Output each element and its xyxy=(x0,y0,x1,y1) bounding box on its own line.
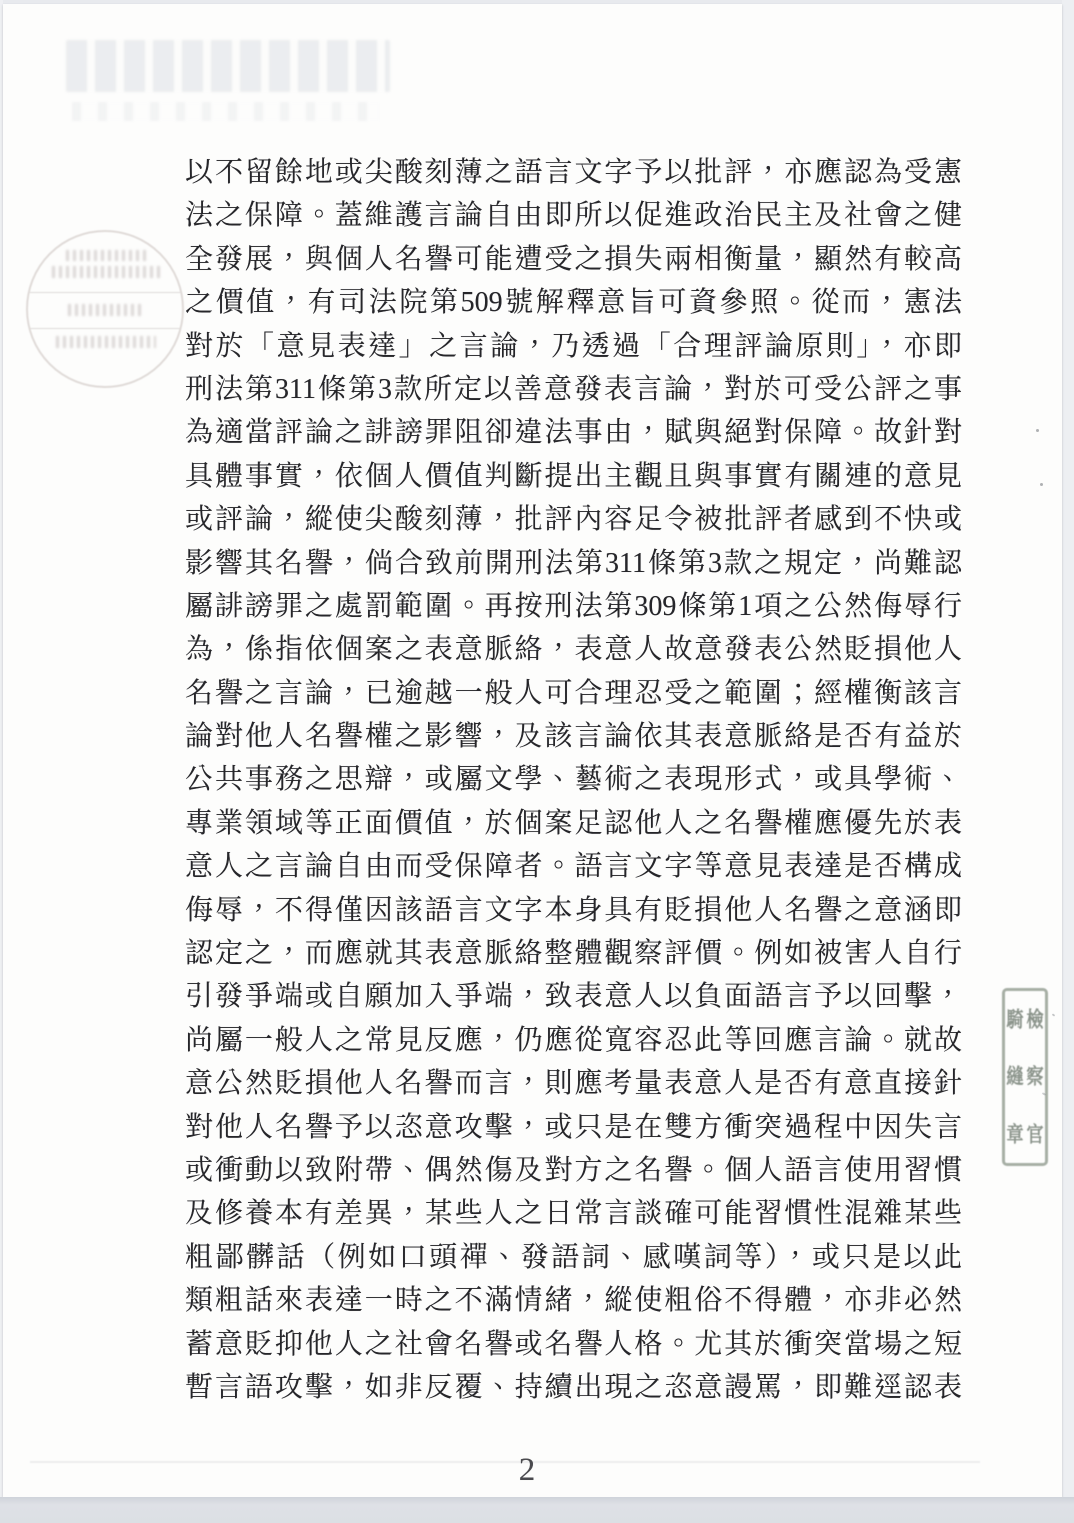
text-line: 為，係指依個案之表意脈絡，表意人故意發表公然貶損他人 xyxy=(185,628,962,671)
seal-character: 檢 xyxy=(1027,1009,1044,1030)
text-line: 對於「意見表達」之言論，乃透過「合理評論原則」，亦即 xyxy=(185,325,962,368)
seal-character: 察 xyxy=(1027,1066,1044,1087)
page-number: 2 xyxy=(462,1452,592,1489)
text-line: 意公然貶損他人名譽而言，則應考量表意人是否有意直接針 xyxy=(185,1062,962,1105)
text-line: 及修養本有差異，某些人之日常言談確可能習慣性混雜某些 xyxy=(185,1192,962,1235)
text-line: 引發爭端或自願加入爭端，致表意人以負面語言予以回擊， xyxy=(185,975,962,1018)
stamp-illegible-text-row xyxy=(66,250,146,261)
scan-edge-right xyxy=(1062,0,1074,1523)
text-line: 或衝動以致附帶、偶然傷及對方之名譽。個人語言使用習慣 xyxy=(185,1149,962,1192)
stamp-illegible-date-row xyxy=(68,304,144,316)
text-line: 之價值，有司法院第509號解釋意旨可資參照。從而，憲法 xyxy=(185,281,962,324)
text-line: 認定之，而應就其表意脈絡整體觀察評價。例如被害人自行 xyxy=(185,932,962,975)
seal-column-right: 檢 察 官 xyxy=(1025,991,1045,1163)
text-line: 意人之言論自由而受保障者。語言文字等意見表達是否構成 xyxy=(185,845,962,888)
prosecutor-page-seal-stamp: 檢 察 官 騎 縫 章 xyxy=(1002,988,1048,1166)
text-line: 侮辱，不得僅因該語言文字本身具有貶損他人名譽之意涵即 xyxy=(185,889,962,932)
text-line: 論對他人名譽權之影響，及該言論依其表意脈絡是否有益於 xyxy=(185,715,962,758)
stamp-divider-line xyxy=(28,328,182,329)
circular-receipt-stamp xyxy=(26,230,184,388)
scan-edge-bottom xyxy=(0,1497,1074,1523)
text-line: 對他人名譽予以恣意攻擊，或只是在雙方衝突過程中因失言 xyxy=(185,1106,962,1149)
text-line: 名譽之言論，已逾越一般人可合理忍受之範圍；經權衡該言 xyxy=(185,672,962,715)
text-line: 蓄意貶抑他人之社會名譽或名譽人格。尤其於衝突當場之短 xyxy=(185,1323,962,1366)
text-line: 具體事實，依個人價值判斷提出主觀且與事實有關連的意見 xyxy=(185,455,962,498)
text-line: 尚屬一般人之常見反應，仍應從寬容忍此等回應言論。就故 xyxy=(185,1019,962,1062)
text-line: 或評論，縱使尖酸刻薄，批評內容足令被批評者感到不快或 xyxy=(185,498,962,541)
text-line: 粗鄙髒話（例如口頭禪、發語詞、感嘆詞等），或只是以此 xyxy=(185,1236,962,1279)
seal-column-left: 騎 縫 章 xyxy=(1005,991,1025,1163)
text-line: 全發展，與個人名譽可能遭受之損失兩相衡量，顯然有較高 xyxy=(185,238,962,281)
text-line: 公共事務之思辯，或屬文學、藝術之表現形式，或具學術、 xyxy=(185,758,962,801)
text-line: 以不留餘地或尖酸刻薄之語言文字予以批評，亦應認為受憲 xyxy=(185,151,962,194)
stamp-illegible-text-row xyxy=(52,266,160,278)
text-line: 屬誹謗罪之處罰範圍。再按刑法第309條第1項之公然侮辱行 xyxy=(185,585,962,628)
text-line: 刑法第311條第3款所定以善意發表言論，對於可受公評之事 xyxy=(185,368,962,411)
scanned-legal-document: { "page": { "number": "2" }, "doc": { "l… xyxy=(0,0,1074,1523)
text-line: 法之保障。蓋維護言論自由即所以促進政治民主及社會之健 xyxy=(185,194,962,237)
bleedthrough-text-band-small xyxy=(72,102,380,121)
seal-character: 縫 xyxy=(1007,1066,1024,1087)
text-line: 為適當評論之誹謗罪阻卻違法事由，賦與絕對保障。故針對 xyxy=(185,411,962,454)
stamp-divider-line xyxy=(28,292,182,293)
text-line: 專業領域等正面價值，於個案足認他人之名譽權應優先於表 xyxy=(185,802,962,845)
stamp-illegible-text-row xyxy=(56,336,156,348)
scan-noise-speck xyxy=(1036,429,1039,432)
text-line: 暫言語攻擊，如非反覆、持續出現之恣意謾罵，即難逕認表 xyxy=(185,1366,962,1409)
bleedthrough-text-band xyxy=(66,40,390,92)
text-line: 類粗話來表達一時之不滿情緒，縱使粗俗不得體，亦非必然 xyxy=(185,1279,962,1322)
seal-character: 騎 xyxy=(1007,1009,1024,1030)
text-line: 影響其名譽，倘合致前開刑法第311條第3款之規定，尚難認 xyxy=(185,542,962,585)
document-body-text: 以不留餘地或尖酸刻薄之語言文字予以批評，亦應認為受憲 法之保障。蓋維護言論自由即… xyxy=(185,151,962,1409)
seal-character: 章 xyxy=(1007,1124,1024,1145)
seal-character: 官 xyxy=(1027,1124,1044,1145)
scan-noise-speck xyxy=(1040,483,1043,486)
